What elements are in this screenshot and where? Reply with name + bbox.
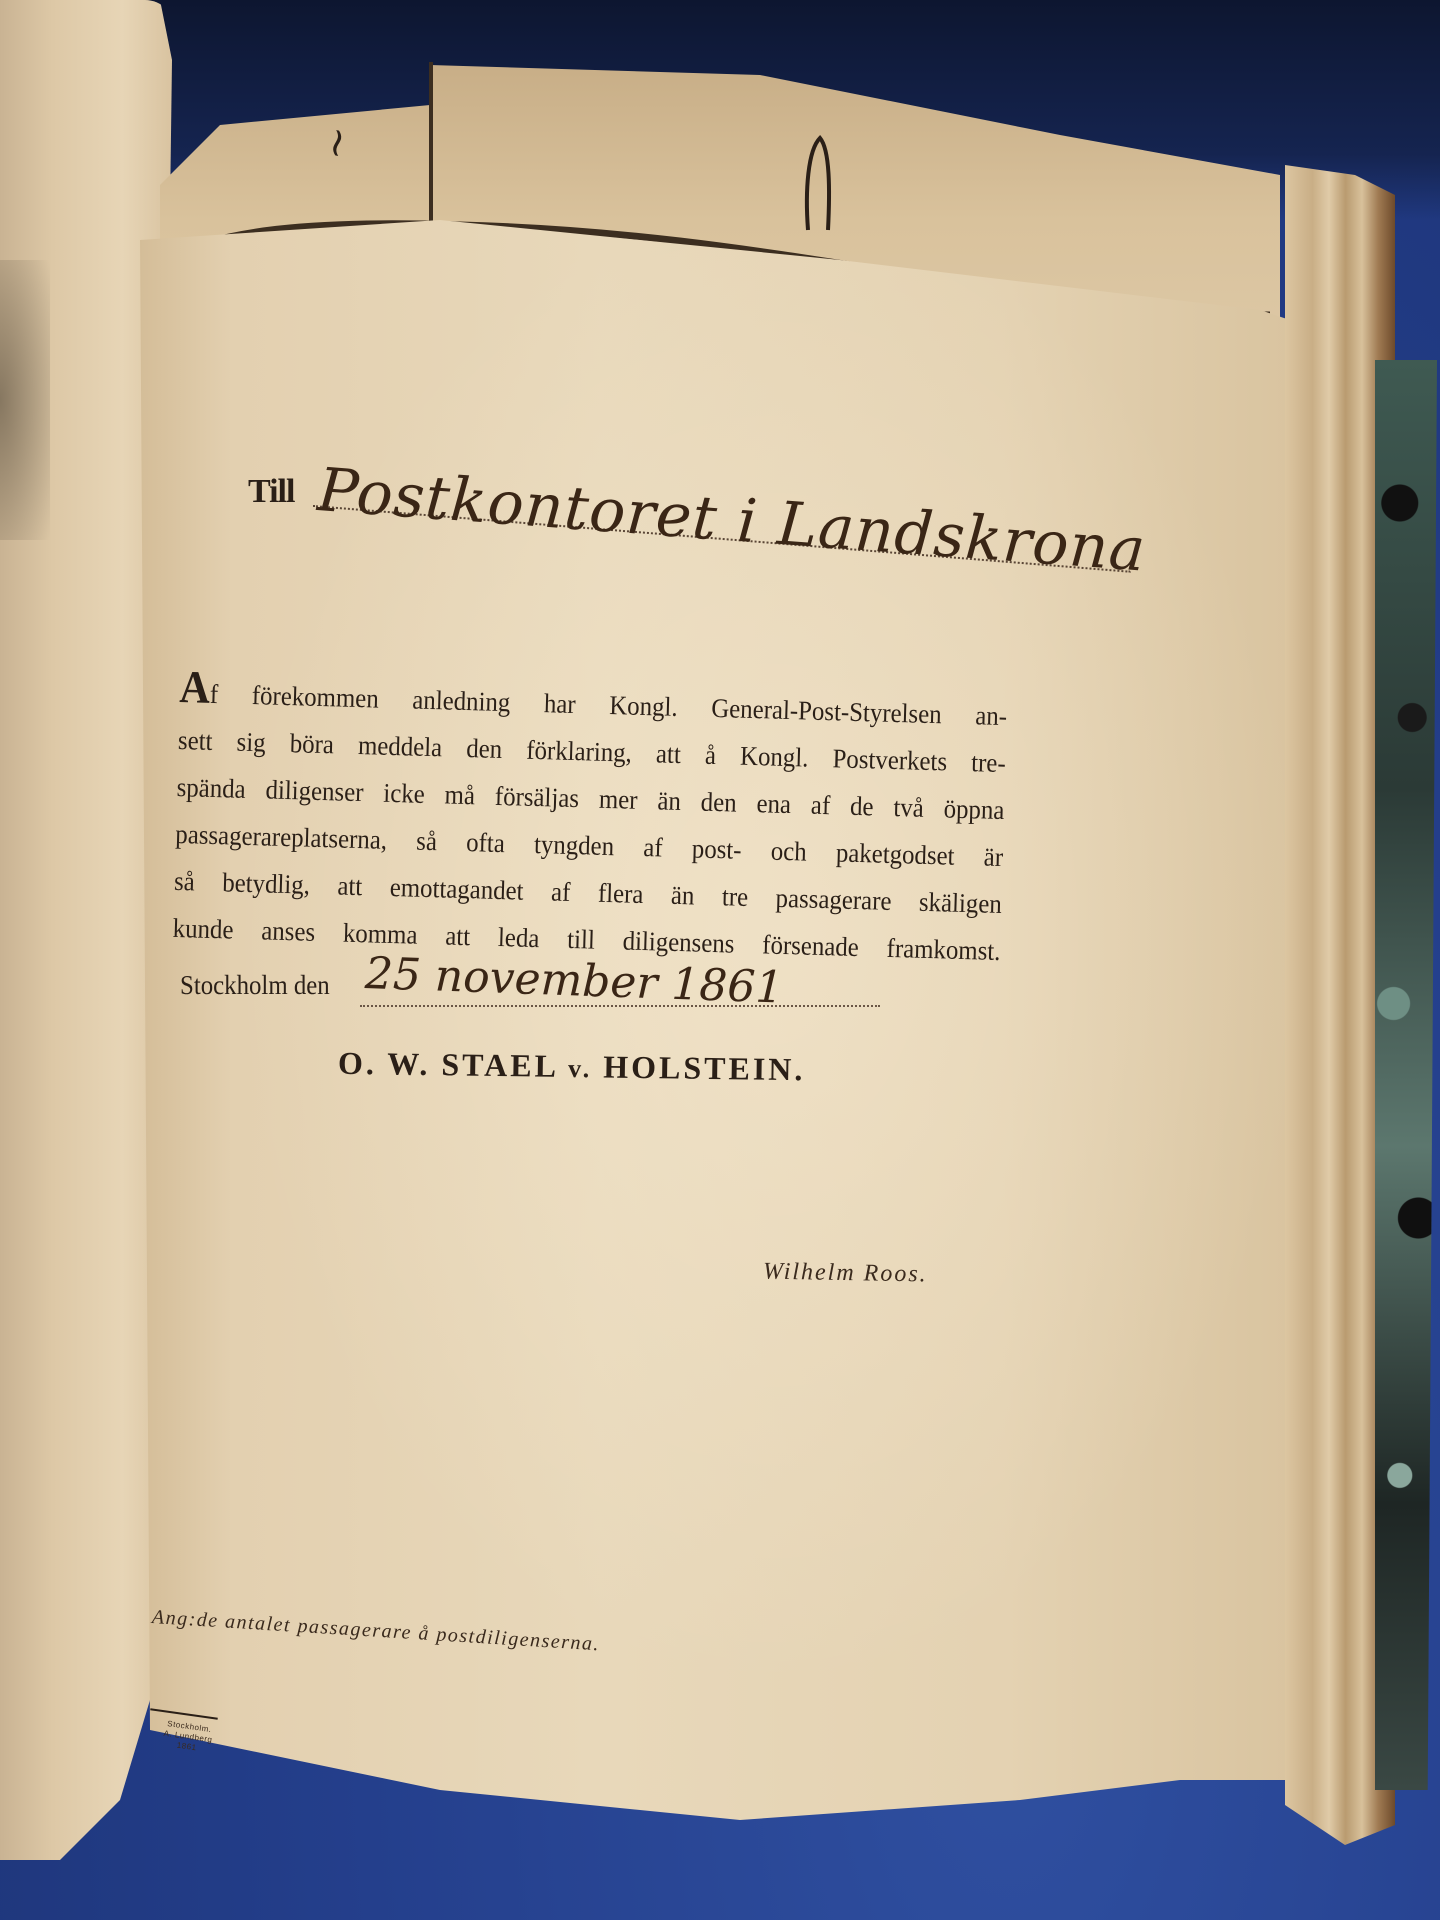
body-paragraph: Af förekommen anledning har Kongl. Gener… xyxy=(172,670,1008,975)
date-row: Stockholm den 25 november 1861 xyxy=(180,958,900,1018)
left-page-shadow xyxy=(0,260,50,540)
flap-ink-stroke xyxy=(800,130,840,240)
printed-signature: O. W. STAEL v. HOLSTEIN. xyxy=(338,1045,806,1089)
countersignature: Wilhelm Roos. xyxy=(763,1259,928,1289)
date-prefix: Stockholm den xyxy=(180,970,330,1001)
addressee-prefix: Till xyxy=(248,473,294,511)
signature-particle: v. xyxy=(568,1054,592,1083)
marbled-cover xyxy=(1375,360,1437,1790)
date-handwritten: 25 november 1861 xyxy=(364,948,784,1014)
signature-name-main: O. W. STAEL xyxy=(338,1045,558,1084)
addressee-row: Till Postkontoret i Landskrona xyxy=(248,455,1168,575)
addressee-handwritten: Postkontoret i Landskrona xyxy=(315,455,1148,586)
signature-name-end: HOLSTEIN. xyxy=(603,1048,806,1087)
dropcap: A xyxy=(179,661,211,713)
